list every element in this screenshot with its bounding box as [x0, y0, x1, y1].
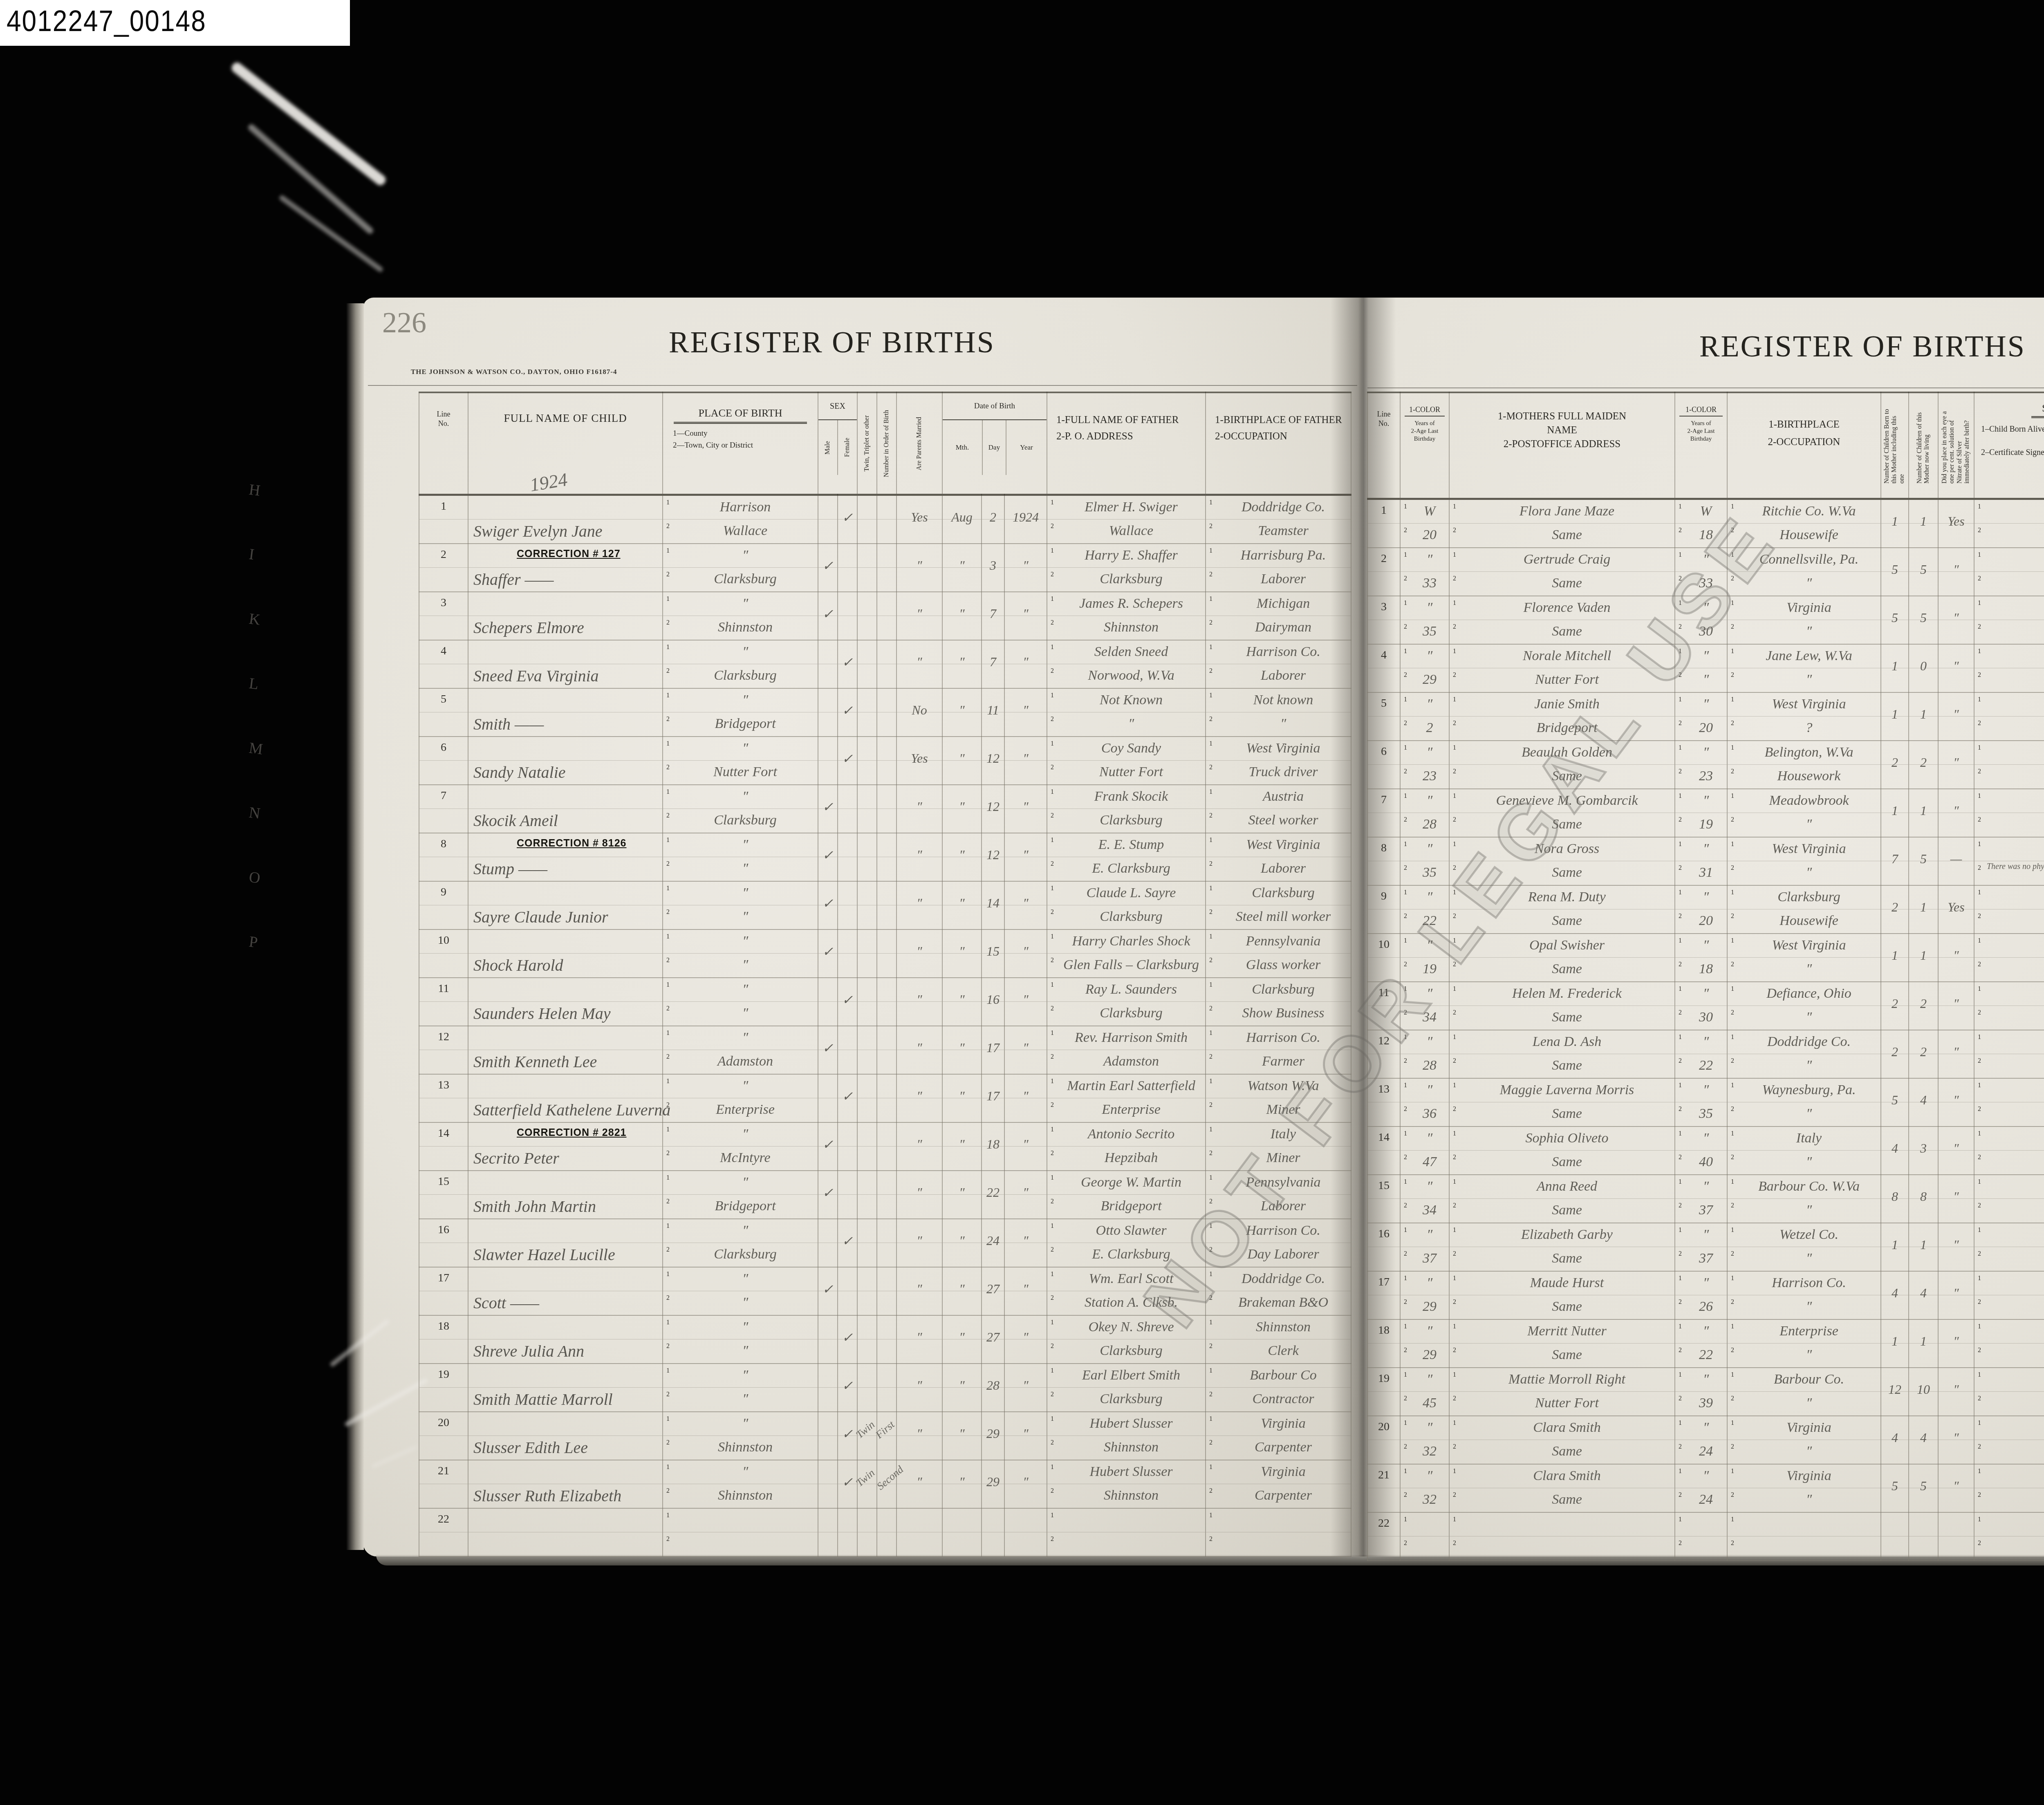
mother-name-address-cell: 1Genevieve M. Gombarcik2Same — [1449, 789, 1675, 837]
register-row: 21Slusser Ruth Elizabeth1″2Shinnston✓Twi… — [419, 1460, 1351, 1508]
children-living-cell: 1 — [1909, 885, 1938, 934]
header-month: Mth. — [943, 420, 982, 475]
father-name-address-cell: 1Wm. Earl Scott2Station A. Clksb. — [1047, 1267, 1206, 1315]
sex-female-cell: ✓ — [838, 737, 857, 785]
children-living-cell: 1 — [1909, 934, 1938, 982]
father-name-address-cell: 1Selden Sneed2Norwood, W.Va — [1047, 640, 1206, 688]
place-of-birth-cell: 1″2″ — [663, 1364, 818, 1412]
place-of-birth-cell: 1″2″ — [663, 929, 818, 978]
line-number-cell: 12 — [1367, 1030, 1400, 1078]
nitrate-cell: Yes — [1938, 499, 1974, 548]
child-name-cell: Sneed Eva Virginia — [468, 640, 663, 688]
children-born-cell: 5 — [1881, 548, 1909, 596]
header-sex: SEX Male Female — [818, 392, 857, 495]
sex-female-cell — [838, 1122, 857, 1171]
line-number-cell: 8 — [1367, 837, 1400, 885]
parents-married-cell: ″ — [896, 1219, 942, 1267]
mother-color-age-cell: 1″245 — [1400, 1368, 1449, 1416]
source-of-information-cell: 1Alive 3:05 P.M.2L. C. Goff — [1974, 548, 2044, 596]
register-row: 21″2331Gertrude Craig2Same1″2331Connells… — [1367, 548, 2044, 596]
birth-year-cell: ″ — [1004, 1460, 1047, 1508]
header-date-of-birth: Date of Birth Mth. Day Year — [942, 392, 1047, 495]
father-birthplace-occupation-cell: 1Michigan2Dairyman — [1206, 592, 1351, 640]
line-number-cell: 19 — [419, 1364, 468, 1412]
father-name-address-cell: 1Earl Elbert Smith2Clarksburg — [1047, 1364, 1206, 1412]
children-born-cell: 1 — [1881, 934, 1909, 982]
line-number-cell: 9 — [419, 881, 468, 929]
mother-birthplace-occupation-cell: 1Barbour Co.2″ — [1727, 1368, 1881, 1416]
birth-year-cell: ″ — [1004, 1412, 1047, 1460]
father-name-address-cell: 1George W. Martin2Bridgeport — [1047, 1171, 1206, 1219]
register-row: 2CORRECTION # 127Shaffer ——1″2Clarksburg… — [419, 544, 1351, 592]
register-row: 201″2321Clara Smith2Same1″2241Virginia2″… — [1367, 1416, 2044, 1464]
header-mother-color-age: 1-COLOR Years of 2-Age Last Birthday — [1400, 392, 1449, 499]
place-of-birth-cell: 1″2″ — [663, 833, 818, 881]
children-born-cell: 2 — [1881, 1030, 1909, 1078]
source-of-information-cell: 12 — [1974, 1512, 2044, 1561]
color-age-cell: 1″219 — [1675, 789, 1727, 837]
father-name-address-cell: 1James R. Schepers2Shinnston — [1047, 592, 1206, 640]
father-birthplace-occupation-cell: 1Pennsylvania2Glass worker — [1206, 929, 1351, 978]
line-number-cell: 5 — [1367, 692, 1400, 741]
children-living-cell: 1 — [1909, 789, 1938, 837]
mother-name-address-cell: 1Florence Vaden2Same — [1449, 596, 1675, 644]
birth-day-cell: 16 — [982, 978, 1004, 1026]
register-row: 14CORRECTION # 2821Secrito Peter1″2McInt… — [419, 1122, 1351, 1171]
birth-order-cell — [877, 1267, 896, 1315]
father-birthplace-occupation-cell: 1Virginia2Carpenter — [1206, 1460, 1351, 1508]
parents-married-cell: ″ — [896, 881, 942, 929]
children-living-cell: 1 — [1909, 692, 1938, 741]
sex-male-cell: ✓ — [818, 785, 838, 833]
sex-female-cell: ✓ — [838, 1315, 857, 1364]
header-parents-married: Are Parents Married — [896, 392, 942, 495]
line-number-cell: 1 — [1367, 499, 1400, 548]
mother-name-address-cell: 1Elizabeth Garby2Same — [1449, 1223, 1675, 1271]
color-age-cell: 1″239 — [1675, 1368, 1727, 1416]
mother-birthplace-occupation-cell: 1West Virginia2″ — [1727, 934, 1881, 982]
source-of-information-cell: 1Alive 11:00 A.M.2R. J. Nutter — [1974, 1319, 2044, 1368]
header-nitrate-question: Did you place in each eye a one per cent… — [1938, 392, 1974, 499]
children-living-cell: 1 — [1909, 499, 1938, 548]
line-number-cell: 21 — [1367, 1464, 1400, 1512]
nitrate-cell: ″ — [1938, 644, 1974, 692]
mother-name-address-cell: 1Merritt Nutter2Same — [1449, 1319, 1675, 1368]
place-of-birth-cell: 1″2Shinnston — [663, 1460, 818, 1508]
sex-female-cell: ✓ — [838, 1412, 857, 1460]
children-living-cell: 2 — [1909, 982, 1938, 1030]
birth-day-cell: 29 — [982, 1460, 1004, 1508]
child-name-cell: Schepers Elmore — [468, 592, 663, 640]
sex-male-cell — [818, 978, 838, 1026]
children-born-cell: 1 — [1881, 644, 1909, 692]
birth-order-cell — [877, 1122, 896, 1171]
birth-month-cell: ″ — [942, 737, 982, 785]
color-age-cell: 1″222 — [1675, 1319, 1727, 1368]
register-row: 41″2291Norale Mitchell2Nutter Fort1″2″1J… — [1367, 644, 2044, 692]
children-born-cell: 7 — [1881, 837, 1909, 885]
register-row: 10Shock Harold1″2″✓″″15″1Harry Charles S… — [419, 929, 1351, 978]
film-edge-letter: H — [242, 481, 283, 549]
film-edge-letter: L — [242, 674, 283, 743]
birth-year-cell: ″ — [1004, 1074, 1047, 1122]
birth-day-cell: 11 — [982, 688, 1004, 737]
mother-name-address-cell: 1Maggie Laverna Morris2Same — [1449, 1078, 1675, 1126]
sex-male-cell: ✓ — [818, 544, 838, 592]
children-born-cell: 2 — [1881, 885, 1909, 934]
mother-birthplace-occupation-cell: 1Connellsville, Pa.2″ — [1727, 548, 1881, 596]
children-living-cell: 5 — [1909, 548, 1938, 596]
film-edge-letter: I — [242, 545, 283, 614]
birth-day-cell: 7 — [982, 592, 1004, 640]
birth-order-cell — [877, 1219, 896, 1267]
parents-married-cell: ″ — [896, 1267, 942, 1315]
birth-order-cell — [877, 592, 896, 640]
mother-color-age-cell: 1″229 — [1400, 1319, 1449, 1368]
register-row: 1Swiger Evelyn Jane1Harrison2Wallace✓Yes… — [419, 495, 1351, 544]
register-row: 161″2371Elizabeth Garby2Same1″2371Wetzel… — [1367, 1223, 2044, 1271]
page-title-right: REGISTER OF BIRTHS — [1576, 329, 2044, 364]
line-number-cell: 4 — [1367, 644, 1400, 692]
color-age-cell: 1″231 — [1675, 837, 1727, 885]
register-row: 71″2281Genevieve M. Gombarcik2Same1″2191… — [1367, 789, 2044, 837]
register-row: 111″2341Helen M. Frederick2Same1″2301Def… — [1367, 982, 2044, 1030]
twin-cell — [857, 1315, 877, 1364]
birth-day-cell: 12 — [982, 785, 1004, 833]
sex-male-cell — [818, 737, 838, 785]
source-of-information-cell: 1Alive 5:00 A.M.2John P. McGuire — [1974, 982, 2044, 1030]
header-year: Year — [1006, 420, 1047, 475]
child-name-cell: CORRECTION # 8126Stump —— — [468, 833, 663, 881]
register-row: 20Slusser Edith Lee1″2Shinnston✓TwinFirs… — [419, 1412, 1351, 1460]
father-name-address-cell: 1Otto Slawter2E. Clarksburg — [1047, 1219, 1206, 1267]
mother-color-age-cell: 1″228 — [1400, 789, 1449, 837]
place-of-birth-cell: 1″2Enterprise — [663, 1074, 818, 1122]
header-children-born: Number of Children Born to this Mother i… — [1881, 392, 1909, 499]
child-name-cell: Smith —— — [468, 688, 663, 737]
twin-cell — [857, 1122, 877, 1171]
birth-month-cell: ″ — [942, 881, 982, 929]
birth-order-cell — [877, 544, 896, 592]
children-born-cell: 5 — [1881, 596, 1909, 644]
twin-cell — [857, 592, 877, 640]
child-name-cell: Skocik Ameil — [468, 785, 663, 833]
birth-month-cell: ″ — [942, 1122, 982, 1171]
birth-order-cell — [877, 1508, 896, 1556]
nitrate-cell: ″ — [1938, 1126, 1974, 1175]
parents-married-cell: Yes — [896, 737, 942, 785]
child-name-cell: Swiger Evelyn Jane — [468, 495, 663, 544]
sex-male-cell: ✓ — [818, 929, 838, 978]
twin-cell — [857, 785, 877, 833]
parents-married-cell — [896, 1508, 942, 1556]
parents-married-cell: Yes — [896, 495, 942, 544]
color-age-cell: 1″233 — [1675, 548, 1727, 596]
sex-female-cell: ✓ — [838, 1074, 857, 1122]
mother-birthplace-occupation-cell: 1West Virginia2″ — [1727, 837, 1881, 885]
register-row: 171″2291Maude Hurst2Same1″2261Harrison C… — [1367, 1271, 2044, 1319]
color-age-cell: 1″222 — [1675, 1030, 1727, 1078]
color-age-cell: 1″220 — [1675, 885, 1727, 934]
twin-cell — [857, 495, 877, 544]
birth-month-cell: ″ — [942, 978, 982, 1026]
birth-order-cell — [877, 1026, 896, 1074]
twin-cell — [857, 1364, 877, 1412]
father-birthplace-occupation-cell: 1Italy2Miner — [1206, 1122, 1351, 1171]
sex-female-cell: ✓ — [838, 688, 857, 737]
child-name-cell: Satterfield Kathelene Luverna — [468, 1074, 663, 1122]
color-age-cell: 1″223 — [1675, 741, 1727, 789]
father-birthplace-occupation-cell: 12 — [1206, 1508, 1351, 1556]
children-born-cell — [1881, 1512, 1909, 1561]
register-row: 91″2221Rena M. Duty2Same1″2201Clarksburg… — [1367, 885, 2044, 934]
mother-name-address-cell: 12 — [1449, 1512, 1675, 1561]
source-of-information-cell: 1Alive 1:50 P.M.2Edward Pendleton — [1974, 934, 2044, 982]
source-of-information-cell: 1Alive 7:20 P.M.2N. B. Cox — [1974, 1078, 2044, 1126]
sex-female-cell — [838, 833, 857, 881]
register-row: 141″2471Sophia Oliveto2Same1″2401Italy2″… — [1367, 1126, 2044, 1175]
line-number-cell: 8 — [419, 833, 468, 881]
sex-male-cell: ✓ — [818, 1171, 838, 1219]
birth-day-cell: 14 — [982, 881, 1004, 929]
header-source-of-information: SOURCE OF INFORMATION 1–Child Born Alive… — [1974, 392, 2044, 499]
births-table-left: Line No. FULL NAME OF CHILD 1924 PLACE O… — [419, 392, 1351, 1557]
nitrate-cell: ″ — [1938, 1319, 1974, 1368]
birth-year-cell: ″ — [1004, 978, 1047, 1026]
children-living-cell: 3 — [1909, 1126, 1938, 1175]
twin-cell — [857, 833, 877, 881]
parents-married-cell: ″ — [896, 929, 942, 978]
birth-day-cell: 2 — [982, 495, 1004, 544]
place-of-birth-cell: 1″2″ — [663, 881, 818, 929]
children-born-cell: 1 — [1881, 1223, 1909, 1271]
mother-birthplace-occupation-cell: 1Harrison Co.2″ — [1727, 1271, 1881, 1319]
register-row: 151″2341Anna Reed2Same1″2371Barbour Co. … — [1367, 1175, 2044, 1223]
header-line-no: Line No. — [1367, 392, 1400, 499]
color-age-cell: 1″2″ — [1675, 644, 1727, 692]
nitrate-cell: ″ — [1938, 934, 1974, 982]
line-number-cell: 2 — [419, 544, 468, 592]
parents-married-cell: ″ — [896, 592, 942, 640]
birth-month-cell: ″ — [942, 1219, 982, 1267]
birth-year-cell: ″ — [1004, 688, 1047, 737]
birth-year-cell: ″ — [1004, 1315, 1047, 1364]
mother-name-address-cell: 1Lena D. Ash2Same — [1449, 1030, 1675, 1078]
register-row: 191″2451Mattie Morroll Right2Nutter Fort… — [1367, 1368, 2044, 1416]
nitrate-cell: ″ — [1938, 1271, 1974, 1319]
twin-cell — [857, 978, 877, 1026]
place-of-birth-cell: 1″2Nutter Fort — [663, 737, 818, 785]
father-name-address-cell: 1Hubert Slusser2Shinnston — [1047, 1412, 1206, 1460]
header-father-name: 1-FULL NAME OF FATHER 2-P. O. ADDRESS — [1047, 392, 1206, 495]
mother-birthplace-occupation-cell: 1Barbour Co. W.Va2″ — [1727, 1175, 1881, 1223]
header-mother-birthplace: 1-BIRTHPLACE 2-OCCUPATION — [1727, 392, 1881, 499]
children-born-cell: 5 — [1881, 1464, 1909, 1512]
nitrate-cell: ″ — [1938, 1464, 1974, 1512]
line-number-cell: 3 — [419, 592, 468, 640]
nitrate-cell: ″ — [1938, 1175, 1974, 1223]
mother-color-age-cell: 1″235 — [1400, 596, 1449, 644]
birth-year-cell: ″ — [1004, 1171, 1047, 1219]
header-father-birthplace: 1-BIRTHPLACE OF FATHER 2-OCCUPATION — [1206, 392, 1351, 495]
color-age-cell: 1″224 — [1675, 1416, 1727, 1464]
sex-male-cell — [818, 1074, 838, 1122]
birth-month-cell: ″ — [942, 1171, 982, 1219]
child-name-cell: CORRECTION # 127Shaffer —— — [468, 544, 663, 592]
mother-birthplace-occupation-cell: 1Jane Lew, W.Va2″ — [1727, 644, 1881, 692]
register-row: 51″221Janie Smith2Bridgeport1″2201West V… — [1367, 692, 2044, 741]
register-row: 16Slawter Hazel Lucille1″2Clarksburg✓″″2… — [419, 1219, 1351, 1267]
line-number-cell: 17 — [1367, 1271, 1400, 1319]
child-name-cell: Scott —— — [468, 1267, 663, 1315]
father-name-address-cell: 1Antonio Secrito2Hepzibah — [1047, 1122, 1206, 1171]
sex-male-cell — [818, 1364, 838, 1412]
child-name-cell: Slusser Ruth Elizabeth — [468, 1460, 663, 1508]
sex-male-cell — [818, 1412, 838, 1460]
birth-year-cell: ″ — [1004, 785, 1047, 833]
children-born-cell: 1 — [1881, 1319, 1909, 1368]
nitrate-cell: ″ — [1938, 1030, 1974, 1078]
father-birthplace-occupation-cell: 1Doddridge Co.2Brakeman B&O — [1206, 1267, 1351, 1315]
father-name-address-cell: 1Coy Sandy2Nutter Fort — [1047, 737, 1206, 785]
register-row: 22121212 — [419, 1508, 1351, 1556]
father-birthplace-occupation-cell: 1Clarksburg2Steel mill worker — [1206, 881, 1351, 929]
birth-day-cell: 27 — [982, 1315, 1004, 1364]
sex-male-cell — [818, 1460, 838, 1508]
source-of-information-cell: 1Alive 3:00 P.M.2Richard V. Lynch — [1974, 1126, 2044, 1175]
mother-name-address-cell: 1Sophia Oliveto2Same — [1449, 1126, 1675, 1175]
line-number-cell: 3 — [1367, 596, 1400, 644]
place-of-birth-cell: 1Harrison2Wallace — [663, 495, 818, 544]
line-number-cell: 21 — [419, 1460, 468, 1508]
source-of-information-cell: 1Alive 2:30 A.M.2J. H. Underwood — [1974, 1416, 2044, 1464]
child-name-cell: Slawter Hazel Lucille — [468, 1219, 663, 1267]
register-row: 4Sneed Eva Virginia1″2Clarksburg✓″″7″1Se… — [419, 640, 1351, 688]
page-title-left: REGISTER OF BIRTHS — [546, 325, 1118, 360]
sex-male-cell: ✓ — [818, 1122, 838, 1171]
father-birthplace-occupation-cell: 1Virginia2Carpenter — [1206, 1412, 1351, 1460]
father-name-address-cell: 1Harry E. Shaffer2Clarksburg — [1047, 544, 1206, 592]
birth-day-cell: 12 — [982, 833, 1004, 881]
parents-married-cell: ″ — [896, 833, 942, 881]
birth-year-cell — [1004, 1508, 1047, 1556]
color-age-cell: 1W218 — [1675, 499, 1727, 548]
film-edge-letter: N — [242, 804, 283, 872]
source-of-information-cell: 1Alive 11:30 A.M.2B. S. Brake — [1974, 741, 2044, 789]
father-birthplace-occupation-cell: 1Clarksburg2Show Business — [1206, 978, 1351, 1026]
twin-cell — [857, 1267, 877, 1315]
children-born-cell: 4 — [1881, 1416, 1909, 1464]
parents-married-cell: ″ — [896, 1412, 942, 1460]
nitrate-cell: ″ — [1938, 692, 1974, 741]
register-row: 5Smith ——1″2Bridgeport✓No″11″1Not Known2… — [419, 688, 1351, 737]
place-of-birth-cell: 12 — [663, 1508, 818, 1556]
mother-birthplace-occupation-cell: 12 — [1727, 1512, 1881, 1561]
mother-birthplace-occupation-cell: 1Ritchie Co. W.Va2Housewife — [1727, 499, 1881, 548]
line-number-cell: 6 — [1367, 741, 1400, 789]
color-age-cell: 1″220 — [1675, 692, 1727, 741]
birth-month-cell: ″ — [942, 833, 982, 881]
parents-married-cell: ″ — [896, 978, 942, 1026]
place-of-birth-cell: 1″2Clarksburg — [663, 544, 818, 592]
father-birthplace-occupation-cell: 1West Virginia2Laborer — [1206, 833, 1351, 881]
source-of-information-cell: 1Alive 12:30 P.M.2P. C. Showalter — [1974, 789, 2044, 837]
line-number-cell: 13 — [419, 1074, 468, 1122]
child-name-cell: Shock Harold — [468, 929, 663, 978]
header-child-name: FULL NAME OF CHILD 1924 — [468, 392, 663, 495]
sex-female-cell: ✓ — [838, 978, 857, 1026]
mother-color-age-cell: 1″233 — [1400, 548, 1449, 596]
birth-order-cell — [877, 495, 896, 544]
sex-male-cell: ✓ — [818, 881, 838, 929]
header-female: Female — [844, 438, 851, 457]
sex-male-cell — [818, 495, 838, 544]
birth-order-cell — [877, 1171, 896, 1219]
father-birthplace-occupation-cell: 1Harrison Co.2Laborer — [1206, 640, 1351, 688]
line-number-cell: 1 — [419, 495, 468, 544]
rule-line — [368, 385, 1357, 386]
birth-day-cell: 24 — [982, 1219, 1004, 1267]
mother-name-address-cell: 1Mattie Morroll Right2Nutter Fort — [1449, 1368, 1675, 1416]
children-living-cell: 5 — [1909, 837, 1938, 885]
film-id-label: 4012247_00148 — [7, 4, 206, 38]
mother-birthplace-occupation-cell: 1Waynesburg, Pa.2″ — [1727, 1078, 1881, 1126]
color-age-cell: 12 — [1675, 1512, 1727, 1561]
source-of-information-cell: 1Alive 7:30 A.M.2C. R. Peck — [1974, 1223, 2044, 1271]
birth-year-cell: ″ — [1004, 1026, 1047, 1074]
children-born-cell: 12 — [1881, 1368, 1909, 1416]
register-row: 101″2191Opal Swisher2Same1″2181West Virg… — [1367, 934, 2044, 982]
film-edge-letter: P — [242, 933, 283, 1001]
mother-name-address-cell: 1Helen M. Frederick2Same — [1449, 982, 1675, 1030]
sex-female-cell — [838, 785, 857, 833]
mother-name-address-cell: 1Nora Gross2Same — [1449, 837, 1675, 885]
sex-female-cell — [838, 881, 857, 929]
birth-year-cell: ″ — [1004, 1364, 1047, 1412]
father-name-address-cell: 12 — [1047, 1508, 1206, 1556]
child-name-cell: Sandy Natalie — [468, 737, 663, 785]
header-mother-name: 1-MOTHERS FULL MAIDEN NAME 2-POSTOFFICE … — [1449, 392, 1675, 499]
mother-color-age-cell: 1″232 — [1400, 1416, 1449, 1464]
sex-male-cell: ✓ — [818, 592, 838, 640]
father-name-address-cell: 1Not Known2″ — [1047, 688, 1206, 737]
birth-order-cell — [877, 737, 896, 785]
mother-color-age-cell: 1″236 — [1400, 1078, 1449, 1126]
sex-female-cell — [838, 592, 857, 640]
header-twin: Twin, Triplet or other — [857, 392, 877, 495]
father-birthplace-occupation-cell: 1Barbour Co2Contractor — [1206, 1364, 1351, 1412]
sex-female-cell: ✓ — [838, 495, 857, 544]
place-of-birth-cell: 1″2Clarksburg — [663, 1219, 818, 1267]
father-birthplace-occupation-cell: 1Harrison Co.2Farmer — [1206, 1026, 1351, 1074]
children-born-cell: 4 — [1881, 1271, 1909, 1319]
mother-birthplace-occupation-cell: 1Italy2″ — [1727, 1126, 1881, 1175]
birth-month-cell: ″ — [942, 592, 982, 640]
birth-day-cell: 17 — [982, 1074, 1004, 1122]
birth-year-cell: ″ — [1004, 833, 1047, 881]
mother-name-address-cell: 1Gertrude Craig2Same — [1449, 548, 1675, 596]
birth-year-cell: ″ — [1004, 881, 1047, 929]
sex-female-cell: ✓ — [838, 1460, 857, 1508]
birth-year-cell: ″ — [1004, 737, 1047, 785]
mother-color-age-cell: 1W220 — [1400, 499, 1449, 548]
line-number-cell: 17 — [419, 1267, 468, 1315]
twin-cell: Twin — [857, 1460, 877, 1508]
parents-married-cell: ″ — [896, 1171, 942, 1219]
birth-day-cell: 3 — [982, 544, 1004, 592]
sex-female-cell — [838, 1508, 857, 1556]
sex-male-cell: ✓ — [818, 1267, 838, 1315]
